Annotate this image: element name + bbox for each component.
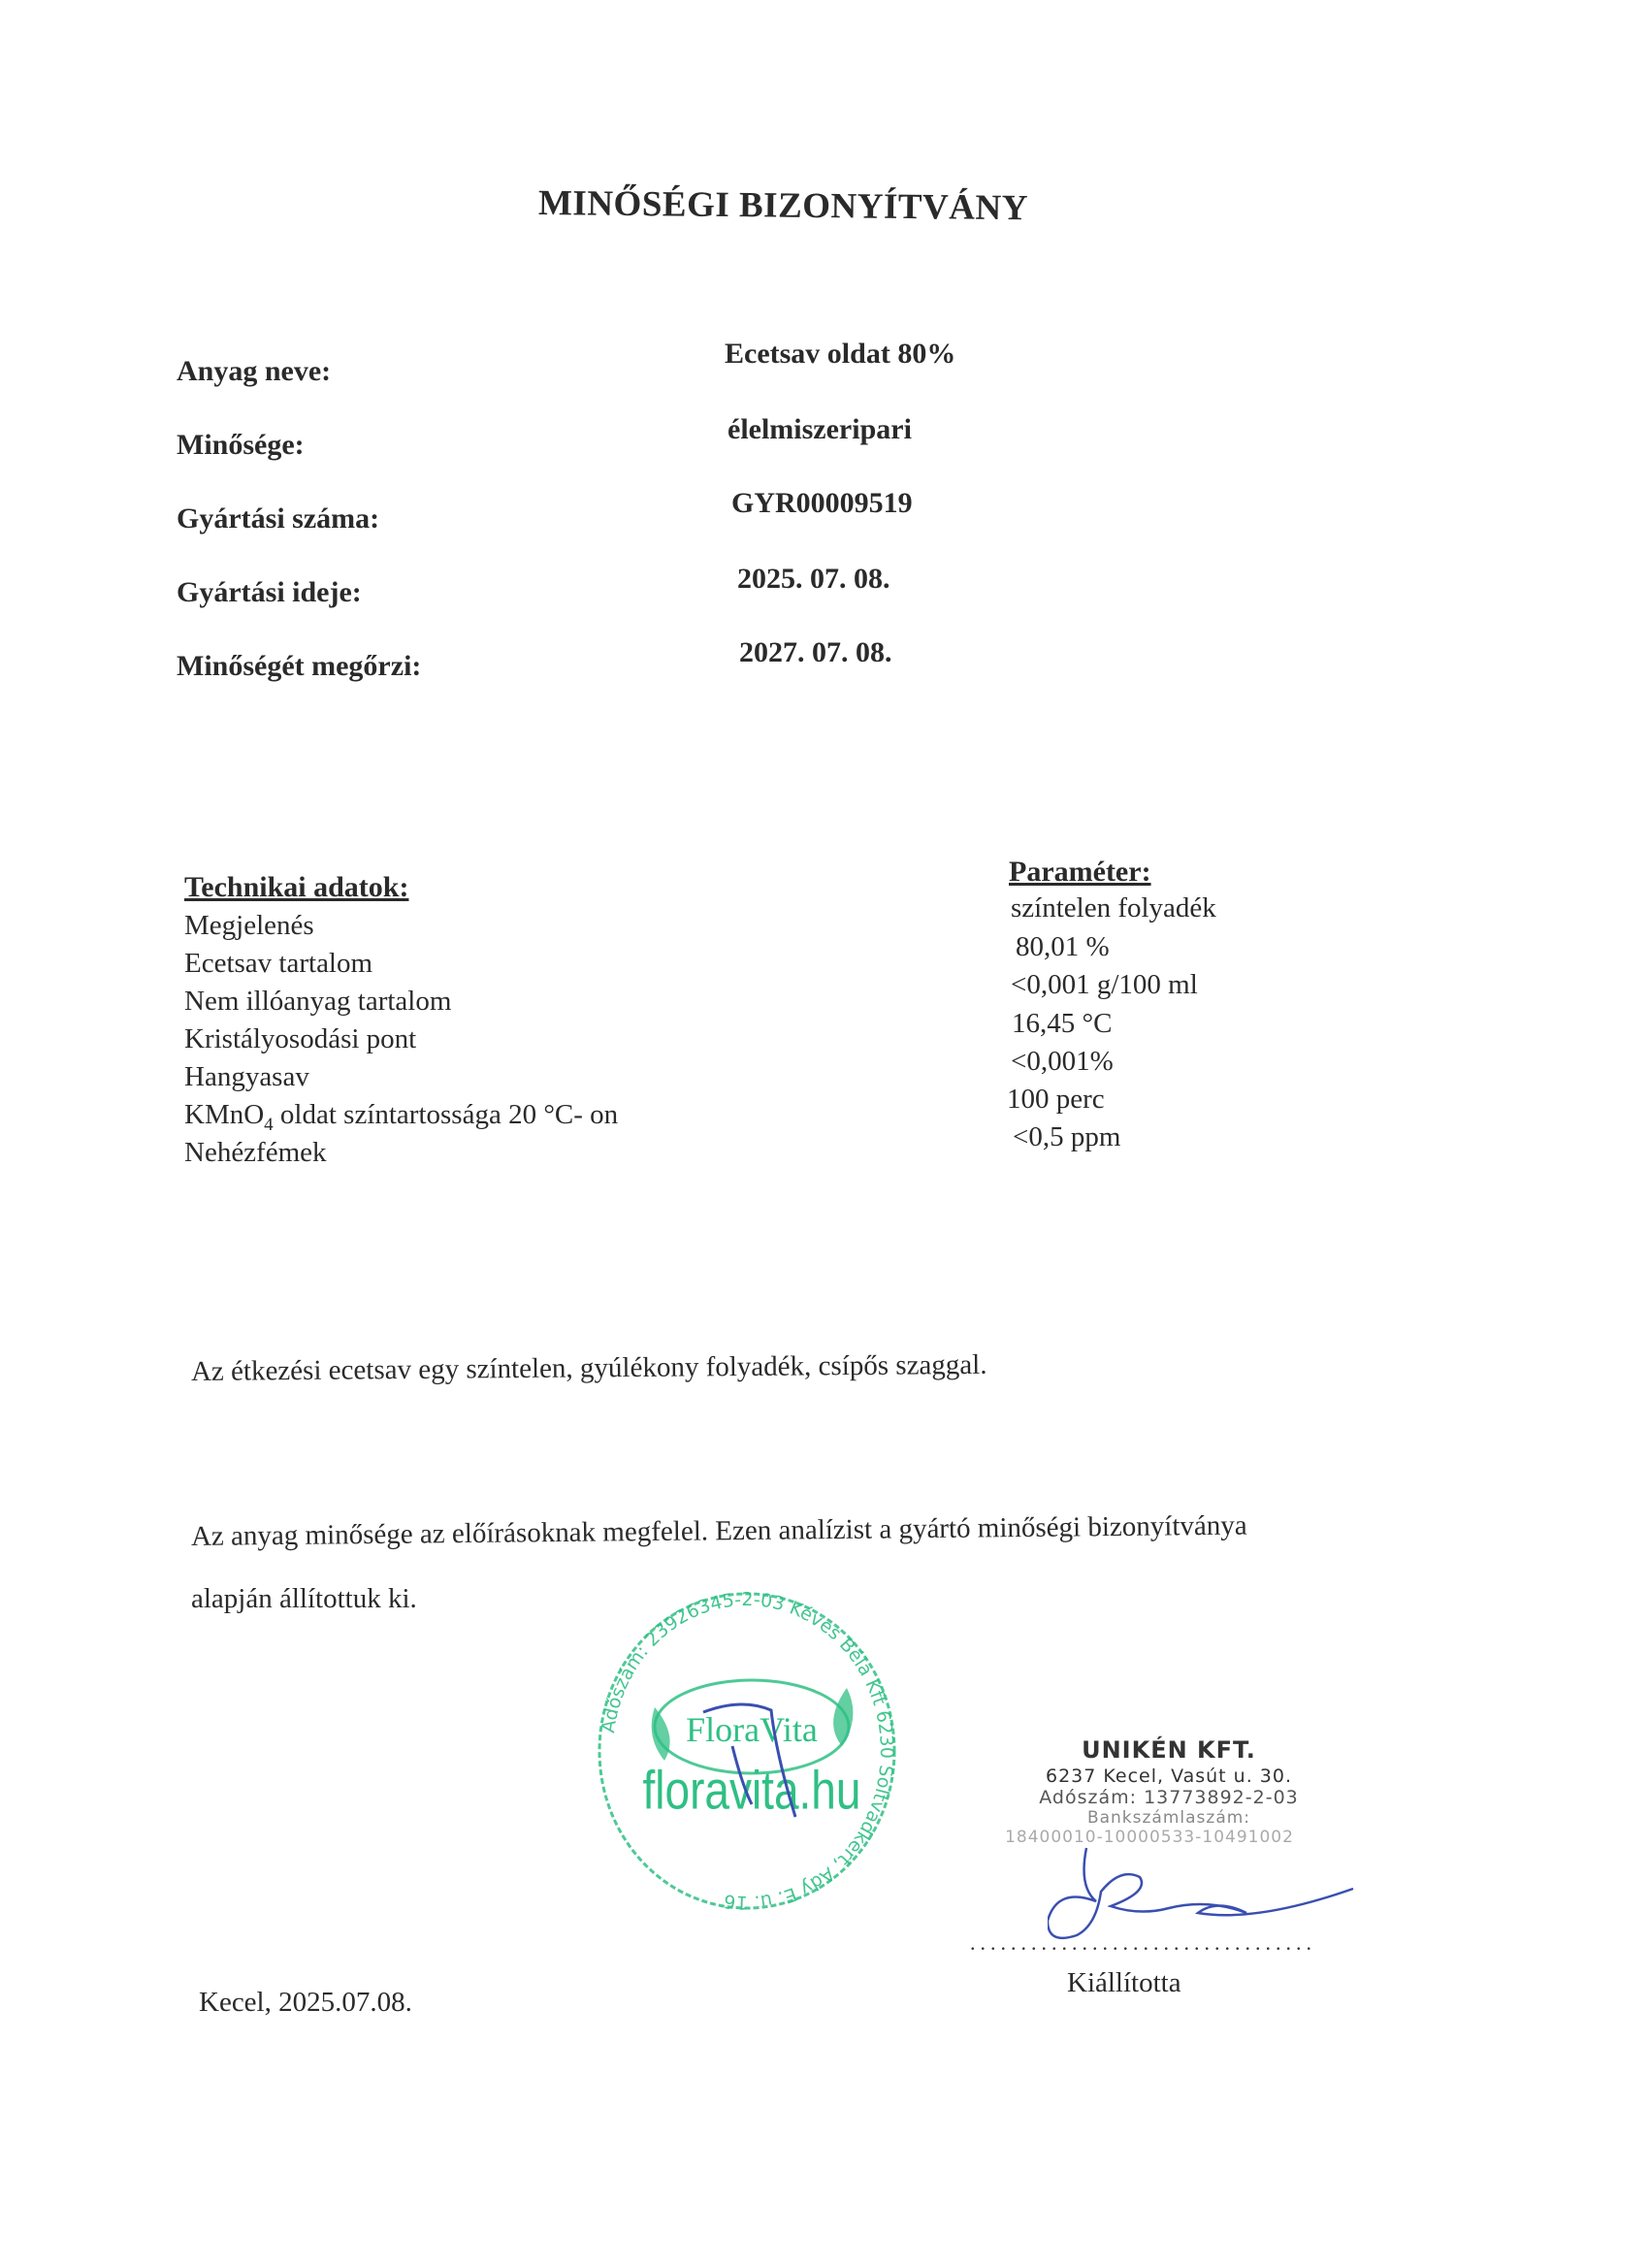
tech-row-name-subscript: 4: [264, 1115, 274, 1135]
field-value-material: Ecetsav oldat 80%: [725, 338, 955, 371]
tech-row-name-prefix: KMnO: [184, 1099, 264, 1130]
statement-line-2: alapján állítottuk ki.: [191, 1583, 417, 1615]
tech-row-param: <0,001 g/100 ml: [1011, 969, 1198, 1001]
tech-row-name: Megjelenés: [184, 910, 314, 942]
field-label-material: Anyag neve:: [177, 355, 331, 388]
field-label-batch: Gyártási száma:: [177, 502, 379, 535]
company-tax-number: Adószám: 13773892-2-03: [980, 1787, 1358, 1808]
company-name: UNIKÉN KFT.: [980, 1736, 1358, 1764]
statement-line-1: Az anyag minősége az előírásoknak megfel…: [191, 1510, 1247, 1553]
stamp-brand: FloraVita: [686, 1710, 818, 1749]
tech-row-name-suffix: oldat színtartossága 20 °C- on: [274, 1099, 619, 1130]
signature-line: ..................................: [970, 1930, 1316, 1956]
field-value-batch: GYR00009519: [731, 487, 913, 520]
field-value-best-before: 2027. 07. 08.: [739, 636, 892, 669]
field-label-best-before: Minőségét megőrzi:: [177, 650, 421, 683]
tech-row-name: Ecetsav tartalom: [184, 948, 372, 980]
issued-by-label: Kiállította: [1067, 1967, 1181, 1999]
tech-row-param: 80,01 %: [1016, 931, 1110, 963]
tech-row-param: 100 perc: [1007, 1084, 1105, 1116]
tech-row-param: <0,5 ppm: [1013, 1121, 1120, 1153]
tech-row-name: Nehézfémek: [184, 1137, 327, 1169]
description-text: Az étkezési ecetsav egy színtelen, gyúlé…: [191, 1349, 987, 1388]
stamp-graphic: Adószám: 23926345-2-03 Kéves Béla Kft 62…: [587, 1591, 907, 1911]
parameter-header: Paraméter:: [1009, 856, 1151, 889]
field-value-production-date: 2025. 07. 08.: [737, 563, 890, 596]
field-label-production-date: Gyártási ideje:: [177, 576, 362, 609]
company-stamp: UNIKÉN KFT. 6237 Kecel, Vasút u. 30. Adó…: [980, 1736, 1358, 1847]
company-bank-label: Bankszámlaszám:: [980, 1808, 1358, 1828]
svg-text:Adószám: 23926345-2-03 Kéves B: Adószám: 23926345-2-03 Kéves Béla Kft 62…: [598, 1591, 897, 1911]
company-address: 6237 Kecel, Vasút u. 30.: [980, 1766, 1358, 1787]
field-value-quality: élelmiszeripari: [727, 413, 912, 446]
stamp-ring-text: Adószám: 23926345-2-03 Kéves Béla Kft 62…: [598, 1591, 897, 1911]
document-title: MINŐSÉGI BIZONYÍTVÁNY: [538, 182, 1028, 229]
tech-row-param: 16,45 °C: [1012, 1008, 1112, 1040]
tech-row-name: Nem illóanyag tartalom: [184, 986, 451, 1018]
field-label-quality: Minősége:: [177, 429, 305, 462]
tech-row-param: színtelen folyadék: [1011, 892, 1216, 924]
tech-row-name: Kristályosodási pont: [184, 1023, 416, 1055]
stamp-url: floravita.hu: [643, 1760, 861, 1820]
tech-row-param: <0,001%: [1011, 1046, 1114, 1078]
green-round-stamp: Adószám: 23926345-2-03 Kéves Béla Kft 62…: [587, 1591, 907, 1911]
tech-row-name: KMnO4 oldat színtartossága 20 °C- on: [184, 1099, 618, 1136]
place-date: Kecel, 2025.07.08.: [199, 1987, 412, 2019]
technical-data-header: Technikai adatok:: [184, 871, 408, 904]
tech-row-name: Hangyasav: [184, 1061, 309, 1093]
